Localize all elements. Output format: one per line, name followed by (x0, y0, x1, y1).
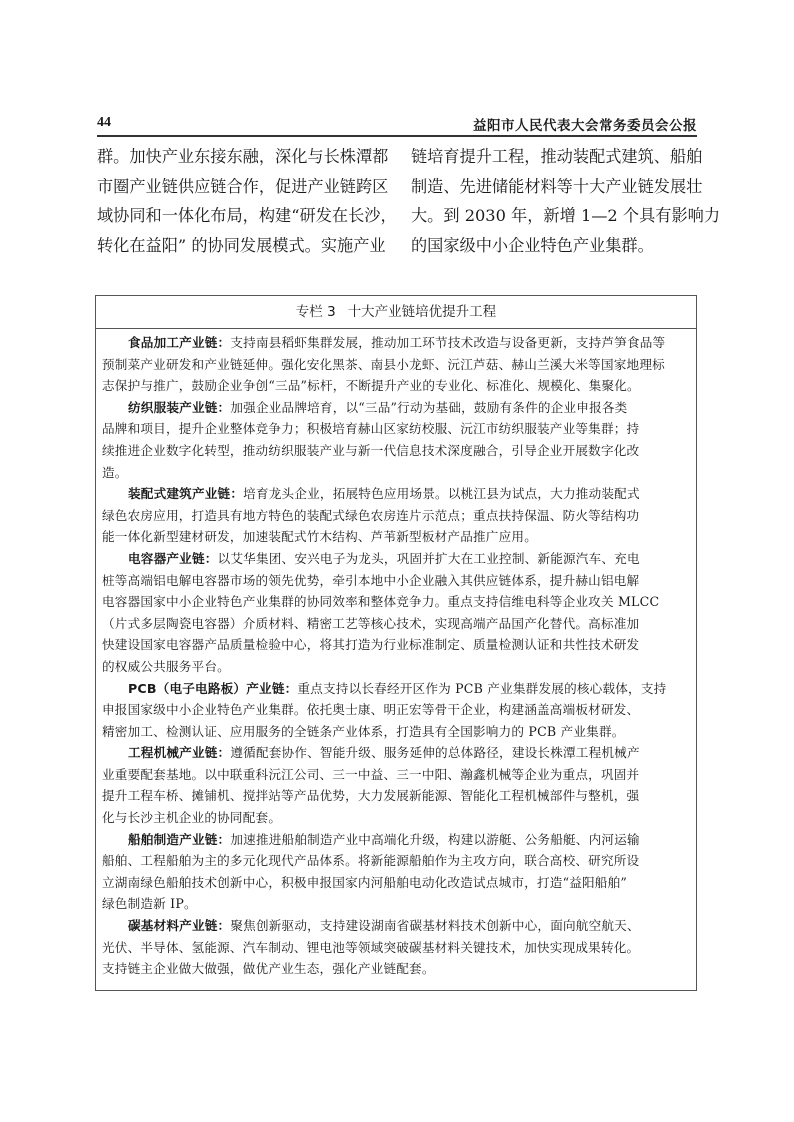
item-text: 立湖南绿色船舶技术创新中心，积极申报国家内河船舶电动化改造试点城市，打造“益阳船… (102, 872, 690, 894)
industry-chain-carbon-materials: 碳基材料产业链：聚焦创新驱动，支持建设湖南省碳基材料技术创新中心，面向航空航天、… (102, 915, 690, 980)
item-text: 聚焦创新驱动，支持建设湖南省碳基材料技术创新中心，面向航空航天、 (230, 918, 639, 933)
industry-chain-textile: 纺织服装产业链：加强企业品牌培育，以“三品”行动为基础，鼓励有条件的企业申报各类… (102, 397, 690, 483)
box-number: 专栏 3 (296, 304, 336, 320)
text-line: 域协同和一体化布局，构建“研发在长沙， (97, 201, 381, 231)
item-text: 品牌和项目，提升企业整体竞争力；积极培育赫山区家纺校服、沅江市纺织服装产业等集群… (102, 418, 690, 440)
item-label: 碳基材料产业链： (128, 918, 230, 933)
box-title: 专栏 3十大产业链培优提升工程 (96, 296, 696, 329)
item-text: 化与长沙主机企业的协同配套。 (102, 807, 690, 829)
item-label: 船舶制造产业链： (128, 832, 230, 847)
text-line: 大。到 2030 年，新增 1—2 个具有影响力 (411, 201, 695, 231)
industry-chain-prefab-building: 装配式建筑产业链：培育龙头企业，拓展特色应用场景。以桃江县为试点，大力推动装配式… (102, 483, 690, 548)
page-header: 44 益阳市人民代表大会常务委员会公报 (97, 113, 697, 137)
item-text: 志保护与推广，鼓励企业争创“三品”标杆，不断提升产业的专业化、标准化、规模化、集… (102, 375, 690, 397)
item-label: 装配式建筑产业链： (128, 486, 243, 501)
item-text: 加速推进船舶制造产业中高端化升级，构建以游艇、公务船艇、内河运输 (230, 832, 639, 847)
item-label: 电容器产业链： (128, 551, 218, 566)
item-text: 电容器国家中小企业特色产业集群的协同效率和整体竞争力。重点支持信维电科等企业攻关… (102, 591, 690, 613)
box-title-text: 十大产业链培优提升工程 (348, 304, 497, 320)
item-text: 提升工程车桥、摊铺机、搅拌站等产品优势，大力发展新能源、智能化工程机械部件与整机… (102, 785, 690, 807)
item-text: 绿色农房应用，打造具有地方特色的装配式绿色农房连片示范点；重点扶持保温、防火等结… (102, 505, 690, 527)
item-text: 以艾华集团、安兴电子为龙头，巩固并扩大在工业控制、新能源汽车、充电 (218, 551, 640, 566)
item-text: 支持南县稻虾集群发展，推动加工环节技术改造与设备更新，支持芦笋食品等 (230, 335, 665, 350)
item-label: 纺织服装产业链： (128, 400, 230, 415)
item-text: 绿色制造新 IP。 (102, 893, 690, 915)
industry-chain-construction-machinery: 工程机械产业链：遵循配套协作、智能升级、服务延伸的总体路径，建设长株潭工程机械产… (102, 742, 690, 828)
industry-chain-food: 食品加工产业链：支持南县稻虾集群发展，推动加工环节技术改造与设备更新，支持芦笋食… (102, 332, 690, 397)
industry-chain-capacitor: 电容器产业链：以艾华集团、安兴电子为龙头，巩固并扩大在工业控制、新能源汽车、充电… (102, 548, 690, 678)
right-column: 链培育提升工程，推动装配式建筑、船舶 制造、先进储能材料等十大产业链发展壮 大。… (411, 142, 695, 260)
text-line: 链培育提升工程，推动装配式建筑、船舶 (411, 142, 695, 172)
item-text: 申报国家级中小企业特色产业集群。依托奥士康、明正宏等骨干企业，构建涵盖高端板材研… (102, 699, 690, 721)
item-text: 光伏、半导体、氢能源、汽车制动、锂电池等领域突破碳基材料关键技术，加快实现成果转… (102, 937, 690, 959)
text-line: 转化在益阳” 的协同发展模式。实施产业 (97, 231, 381, 261)
box-body: 食品加工产业链：支持南县稻虾集群发展，推动加工环节技术改造与设备更新，支持芦笋食… (96, 329, 696, 980)
item-text: 精密加工、检测认证、应用服务的全链条产业体系，打造具有全国影响力的 PCB 产业… (102, 721, 690, 743)
text-line: 市圈产业链供应链合作，促进产业链跨区 (97, 172, 381, 202)
item-text: 重点支持以长春经开区作为 PCB 产业集群发展的核心载体，支持 (297, 681, 666, 696)
item-text: 船舶、工程船舶为主的多元化现代产品体系。将新能源船舶作为主攻方向，联合高校、研究… (102, 850, 690, 872)
item-text: 培育龙头企业，拓展特色应用场景。以桃江县为试点，大力推动装配式 (243, 486, 640, 501)
item-text: 快建设国家电容器产品质量检验中心，将其打造为行业标准制定、质量检测认证和共性技术… (102, 634, 690, 656)
body-text-columns: 群。加快产业东接东融，深化与长株潭都 市圈产业链供应链合作，促进产业链跨区 域协… (97, 142, 697, 262)
item-text: 造。 (102, 462, 690, 484)
item-text: 预制菜产业研发和产业链延伸。强化安化黑茶、南县小龙虾、沅江芦菇、赫山兰溪大米等国… (102, 354, 690, 376)
item-text: 加强企业品牌培育，以“三品”行动为基础，鼓励有条件的企业申报各类 (230, 400, 627, 415)
item-text: 续推进企业数字化转型，推动纺织服装产业与新一代信息技术深度融合，引导企业开展数字… (102, 440, 690, 462)
item-text: 桩等高端铝电解电容器市场的领先优势，牵引本地中小企业融入其供应链体系，提升赫山铝… (102, 570, 690, 592)
item-text: 的权威公共服务平台。 (102, 656, 690, 678)
item-label: PCB（电子电路板）产业链： (128, 681, 297, 696)
industry-chain-shipbuilding: 船舶制造产业链：加速推进船舶制造产业中高端化升级，构建以游艇、公务船艇、内河运输… (102, 829, 690, 915)
item-text: 支持链主企业做大做强，做优产业生态，强化产业链配套。 (102, 958, 690, 980)
item-text: 遵循配套协作、智能升级、服务延伸的总体路径，建设长株潭工程机械产 (230, 745, 639, 760)
text-line: 群。加快产业东接东融，深化与长株潭都 (97, 142, 381, 172)
item-label: 工程机械产业链： (128, 745, 230, 760)
item-text: 业重要配套基地。以中联重科沅江公司、三一中益、三一中阳、瀚鑫机械等企业为重点，巩… (102, 764, 690, 786)
item-label: 食品加工产业链： (128, 335, 230, 350)
journal-title: 益阳市人民代表大会常务委员会公报 (473, 114, 697, 134)
text-line: 的国家级中小企业特色产业集群。 (411, 231, 695, 261)
feature-column-box: 专栏 3十大产业链培优提升工程 食品加工产业链：支持南县稻虾集群发展，推动加工环… (95, 295, 697, 991)
text-line: 制造、先进储能材料等十大产业链发展壮 (411, 172, 695, 202)
item-text: 能一体化新型建材研发，加速装配式竹木结构、芦苇新型板材产品推广应用。 (102, 526, 690, 548)
page-number: 44 (97, 115, 111, 131)
item-text: （片式多层陶瓷电容器）介质材料、精密工艺等核心技术，实现高端产品国产化替代。高标… (102, 613, 690, 635)
left-column: 群。加快产业东接东融，深化与长株潭都 市圈产业链供应链合作，促进产业链跨区 域协… (97, 142, 381, 260)
industry-chain-pcb: PCB（电子电路板）产业链：重点支持以长春经开区作为 PCB 产业集群发展的核心… (102, 678, 690, 743)
